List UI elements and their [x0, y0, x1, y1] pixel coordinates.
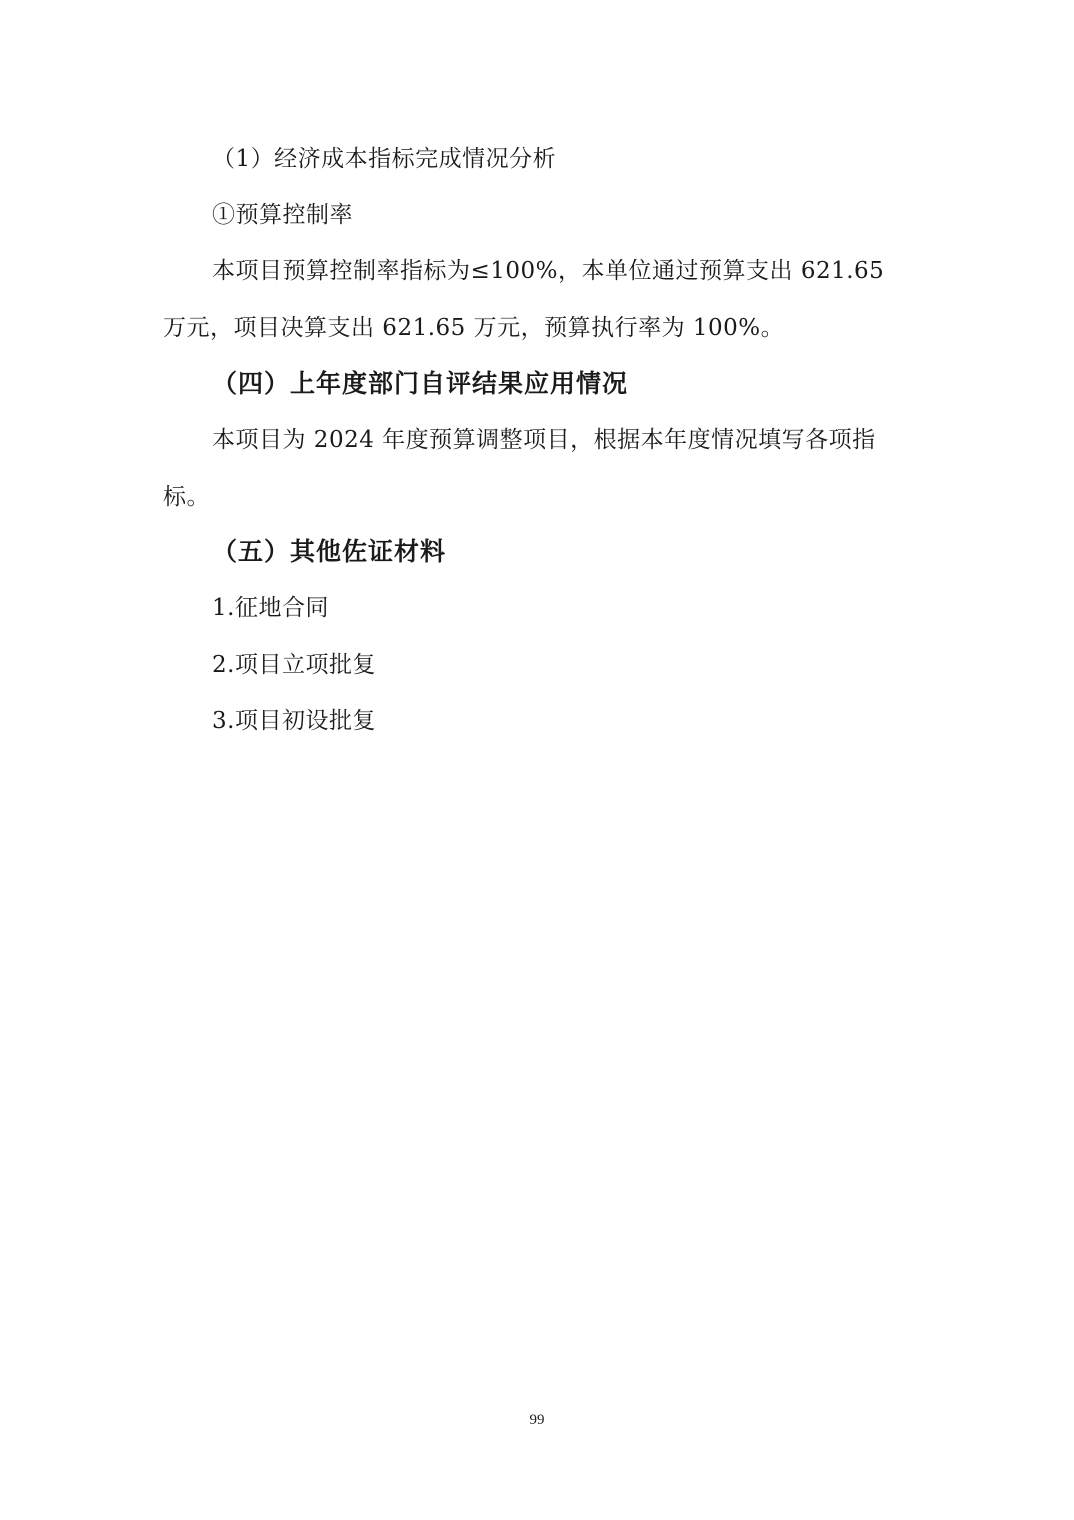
- evidence-list-item: 1.征地合同: [212, 593, 329, 623]
- section-4-heading: （四）上年度部门自评结果应用情况: [212, 369, 628, 399]
- section-5-heading: （五）其他佐证材料: [212, 537, 446, 567]
- item-title-budget-control-rate: ①预算控制率: [212, 200, 353, 230]
- evidence-list-item: 2.项目立项批复: [212, 650, 376, 680]
- subsection-title: （1）经济成本指标完成情况分析: [212, 144, 556, 174]
- section-4-paragraph-line-1: 本项目为 2024 年度预算调整项目，根据本年度情况填写各项指: [212, 425, 876, 455]
- page-number: 99: [0, 1412, 1074, 1429]
- section-4-paragraph-line-2: 标。: [163, 482, 210, 512]
- evidence-list-item: 3.项目初设批复: [212, 706, 376, 736]
- budget-paragraph-line-1: 本项目预算控制率指标为≤100%，本单位通过预算支出 621.65: [212, 256, 884, 286]
- budget-paragraph-line-2: 万元，项目决算支出 621.65 万元，预算执行率为 100%。: [163, 313, 784, 343]
